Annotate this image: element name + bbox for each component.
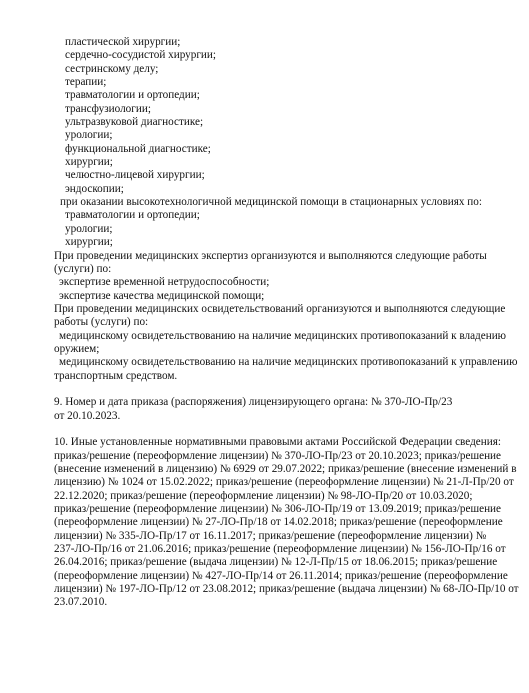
list-item: сердечно-сосудистой хирургии;: [54, 49, 514, 62]
exam-heading: При проведении медицинских освидетельств…: [54, 303, 514, 316]
list-item: пластической хирургии;: [54, 36, 514, 49]
section-9-line-1: 9. Номер и дата приказа (распоряжения) л…: [54, 396, 514, 409]
section-10-line: 10. Иные установленные нормативными прав…: [54, 436, 514, 449]
high-tech-list: травматологии и ортопедии; урологии; хир…: [54, 209, 514, 249]
list-item: сестринскому делу;: [54, 63, 514, 76]
specialties-list: пластической хирургии; сердечно-сосудист…: [54, 36, 514, 196]
exam-heading-continued: работы (услуги) по:: [54, 316, 514, 329]
section-10-line: (внесение изменений в лицензию) № 6929 о…: [54, 463, 514, 476]
section-10-line: 237-ЛО-Пр/16 от 21.06.2016; приказ/решен…: [54, 543, 514, 556]
list-item: функциональной диагностике;: [54, 143, 514, 156]
section-10-line: 23.07.2010.: [54, 596, 514, 609]
exam-item-vehicles-continued: транспортным средством.: [54, 370, 514, 383]
section-10-line: приказ/решение (переоформление лицензии)…: [54, 450, 514, 463]
list-item: травматологии и ортопедии;: [54, 209, 514, 222]
list-item: терапии;: [54, 76, 514, 89]
list-item: экспертизе временной нетрудоспособности;: [54, 276, 514, 289]
section-10-line: приказ/решение (переоформление лицензии)…: [54, 503, 514, 516]
list-item: хирургии;: [54, 236, 514, 249]
section-9-line-2: от 20.10.2023.: [54, 410, 514, 423]
list-item: урологии;: [54, 129, 514, 142]
section-10-line: лицензию) № 1024 от 15.02.2022; приказ/р…: [54, 476, 514, 489]
list-item: эндоскопии;: [54, 183, 514, 196]
exam-item-weapons-continued: оружием;: [54, 343, 514, 356]
section-10-line: (переоформление лицензии) № 427-ЛО-Пр/14…: [54, 570, 514, 583]
list-item: урологии;: [54, 223, 514, 236]
list-item: челюстно-лицевой хирургии;: [54, 169, 514, 182]
list-item: хирургии;: [54, 156, 514, 169]
spacer: [54, 383, 514, 396]
expertise-list: экспертизе временной нетрудоспособности;…: [54, 276, 514, 303]
section-10: 10. Иные установленные нормативными прав…: [54, 436, 514, 609]
list-item: трансфузиологии;: [54, 103, 514, 116]
section-10-line: 26.04.2016; приказ/решение (выдача лицен…: [54, 556, 514, 569]
exam-item-weapons: медицинскому освидетельствованию на нали…: [54, 330, 514, 343]
section-10-line: 22.12.2020; приказ/решение (переоформлен…: [54, 490, 514, 503]
expertise-heading-continued: (услуги) по:: [54, 263, 514, 276]
high-tech-heading: при оказании высокотехнологичной медицин…: [54, 196, 514, 209]
list-item: травматологии и ортопедии;: [54, 89, 514, 102]
section-10-line: (переоформление лицензии) № 27-ЛО-Пр/18 …: [54, 516, 514, 529]
list-item: ультразвуковой диагностике;: [54, 116, 514, 129]
expertise-heading: При проведении медицинских экспертиз орг…: [54, 250, 514, 263]
section-10-line: лицензии) № 197-ЛО-Пр/12 от 23.08.2012; …: [54, 583, 514, 596]
exam-item-vehicles: медицинскому освидетельствованию на нали…: [54, 356, 514, 369]
document-page: пластической хирургии; сердечно-сосудист…: [54, 36, 514, 610]
section-10-line: лицензии) № 335-ЛО-Пр/17 от 16.11.2017; …: [54, 530, 514, 543]
spacer: [54, 423, 514, 436]
list-item: экспертизе качества медицинской помощи;: [54, 290, 514, 303]
